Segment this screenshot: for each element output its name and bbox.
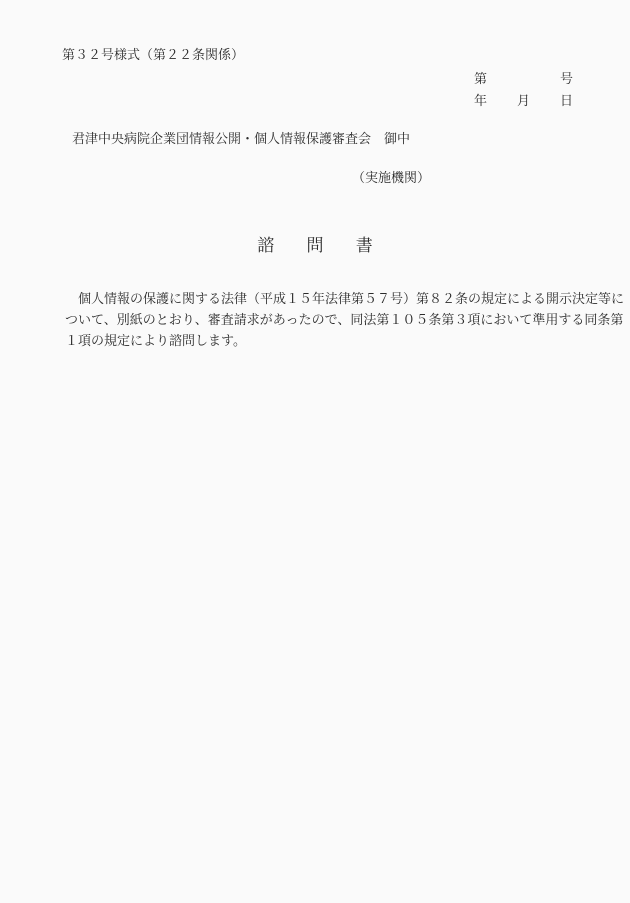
date-year-label: 年 — [474, 91, 487, 111]
issuer-label: （実施機関） — [352, 168, 430, 188]
body-line: 個人情報の保護に関する法律（平成１５年法律第５７号）第８２条の規定による開示決定… — [65, 288, 610, 309]
document-number-prefix: 第 — [474, 69, 487, 89]
addressee-line: 君津中央病院企業団情報公開・個人情報保護審査会 御中 — [72, 129, 410, 149]
body-line: １項の規定により諮問します。 — [65, 330, 610, 351]
document-number-line: 第 号 — [474, 69, 573, 91]
body-line: ついて、別紙のとおり、審査請求があったので、同法第１０５条第３項において準用する… — [65, 309, 610, 330]
body-paragraph: 個人情報の保護に関する法律（平成１５年法律第５７号）第８２条の規定による開示決定… — [65, 288, 610, 351]
document-title: 諮問書 — [0, 233, 630, 259]
document-page: 第３２号様式（第２２条関係） 第 号 年 月 日 君津中央病院企業団情報公開・個… — [0, 0, 630, 903]
document-number-suffix: 号 — [560, 69, 573, 89]
number-date-block: 第 号 年 月 日 — [474, 69, 573, 113]
date-month-label: 月 — [517, 91, 530, 111]
form-number-label: 第３２号様式（第２２条関係） — [62, 45, 244, 65]
date-line: 年 月 日 — [474, 91, 573, 113]
date-day-label: 日 — [560, 91, 573, 111]
